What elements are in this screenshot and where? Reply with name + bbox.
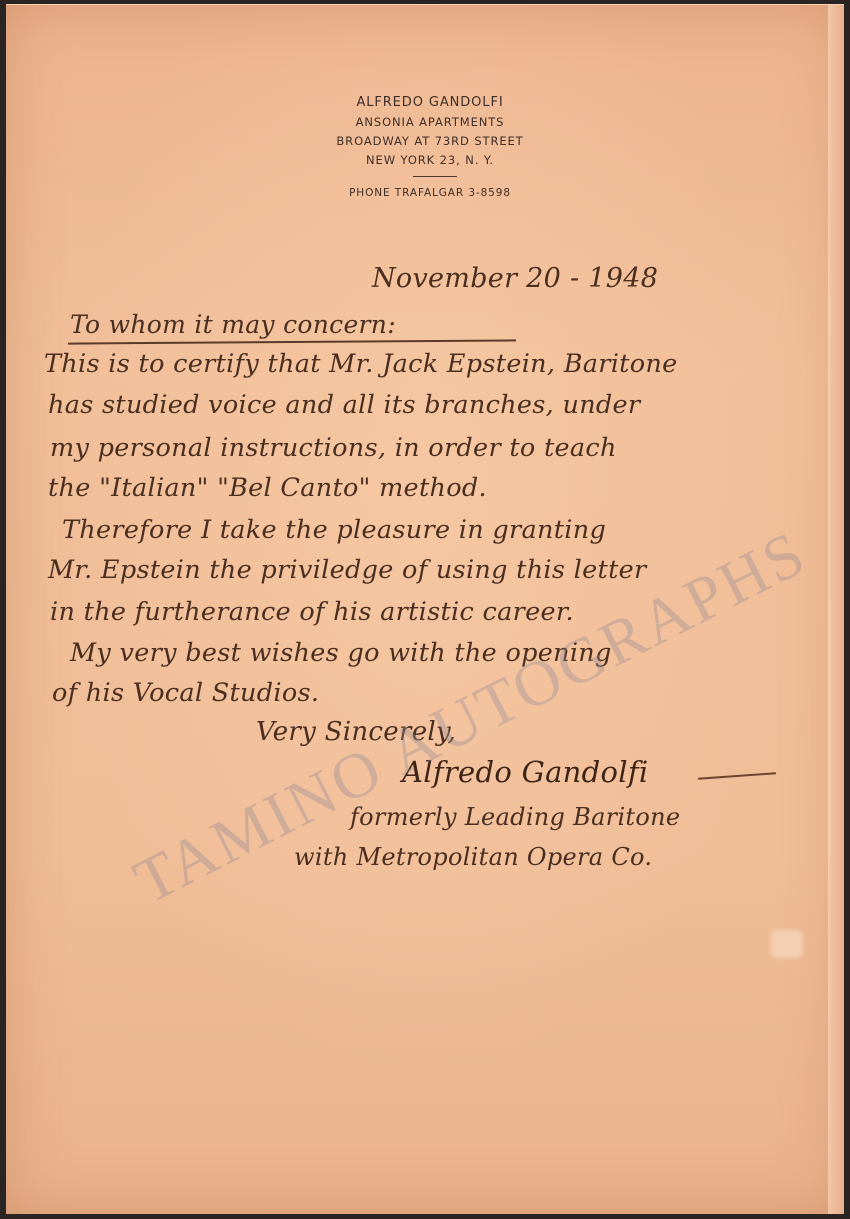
body-line: of his Vocal Studios. — [52, 678, 319, 708]
paper-stain — [771, 930, 803, 958]
body-line: the "Italian" "Bel Canto" method. — [48, 473, 487, 503]
letterhead-divider — [413, 176, 457, 177]
letterhead-city: NEW YORK 23, N. Y. — [16, 151, 844, 170]
letter-sheet: ALFREDO GANDOLFI ANSONIA APARTMENTS BROA… — [6, 4, 844, 1214]
signer-title-line2: with Metropolitan Opera Co. — [294, 843, 652, 871]
body-line: has studied voice and all its branches, … — [48, 390, 640, 420]
letterhead-street: BROADWAY AT 73RD STREET — [16, 132, 844, 151]
body-line: My very best wishes go with the opening — [70, 638, 612, 668]
body-line: This is to certify that Mr. Jack Epstein… — [44, 349, 678, 379]
body-line: Mr. Epstein the priviledge of using this… — [48, 555, 647, 585]
body-line: in the furtherance of his artistic caree… — [50, 597, 574, 627]
salutation-underline — [68, 339, 516, 344]
letter-date: November 20 - 1948 — [372, 263, 658, 294]
letterhead: ALFREDO GANDOLFI ANSONIA APARTMENTS BROA… — [6, 93, 844, 201]
letterhead-name: ALFREDO GANDOLFI — [16, 93, 844, 113]
signature: Alfredo Gandolfi — [402, 755, 648, 789]
signature-flourish — [698, 772, 776, 779]
body-line: my personal instructions, in order to te… — [50, 433, 617, 463]
letterhead-building: ANSONIA APARTMENTS — [16, 113, 844, 132]
salutation: To whom it may concern: — [70, 310, 396, 339]
letterhead-phone: PHONE TRAFALGAR 3-8598 — [16, 185, 844, 201]
body-line: Therefore I take the pleasure in grantin… — [62, 515, 606, 545]
closing: Very Sincerely, — [256, 717, 456, 747]
signer-title-line1: formerly Leading Baritone — [350, 803, 680, 831]
